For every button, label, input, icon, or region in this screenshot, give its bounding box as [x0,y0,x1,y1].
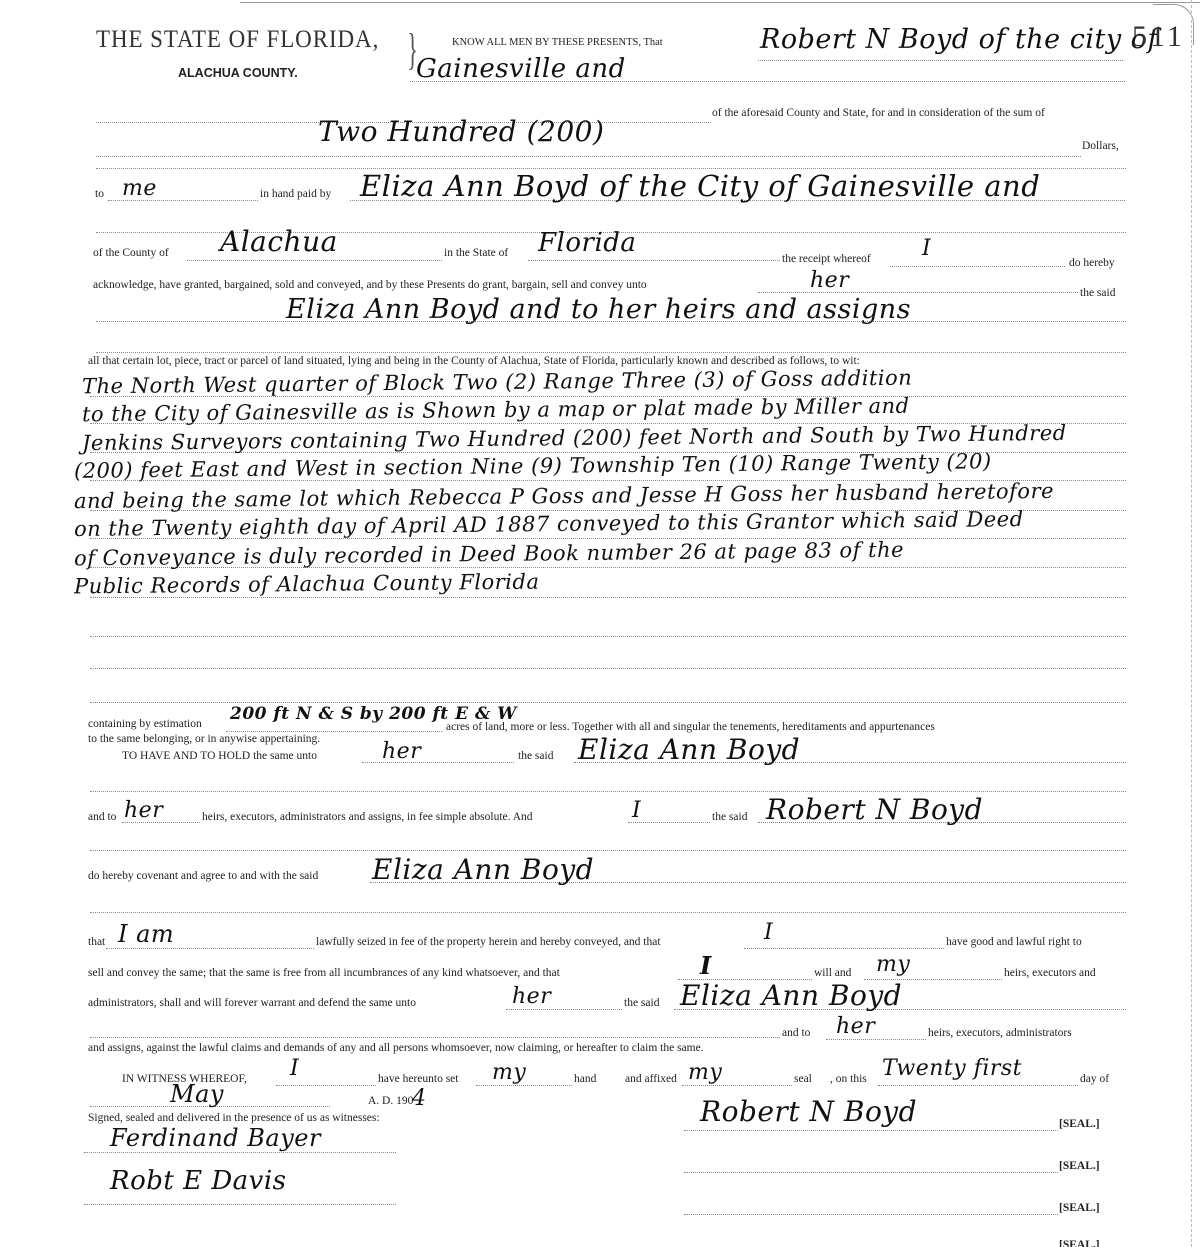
dollars-label: Dollars, [1082,141,1119,153]
description-line-8: Public Records of Alachua County Florida [74,572,540,598]
the-said-label: the said [1080,288,1115,300]
affixed-text: and affixed [625,1074,677,1086]
blank-line [90,702,1126,703]
signed-text: Signed, sealed and delivered in the pres… [88,1113,380,1125]
description-line-2: to the City of Gainesville as is Shown b… [82,396,910,426]
set-line [476,1085,572,1086]
admin-text: administrators, shall and will forever w… [88,998,416,1010]
right-text: have good and lawful right to [946,937,1082,949]
hand-text: hand [574,1074,596,1086]
heirs-admin-text: heirs, executors, administrators [928,1028,1072,1040]
aforesaid-text: of the aforesaid County and State, for a… [712,108,1045,120]
habendum-said2-value: Robert N Boyd [766,796,983,824]
day-of-text: day of [1080,1074,1109,1086]
witness-signature-2: Robt E Davis [110,1168,287,1194]
paid-by-label: in hand paid by [260,189,331,201]
sell-text: sell and convey the same; that the same … [88,968,560,980]
county-line [187,260,442,261]
covenant-said-label: the said [624,998,659,1010]
sell-value: I [700,954,712,978]
and-to-label: and to [88,812,116,824]
covenant-and-to-value: her [836,1016,875,1038]
seal-line-3 [684,1214,1058,1215]
blank-line [90,1037,780,1038]
estimation-label: containing by estimation [88,719,202,731]
covenant-value: Eliza Ann Boyd [372,856,594,884]
and-to-value: her [124,800,163,822]
paid-by-value: Eliza Ann Boyd of the City of Gainesvill… [360,172,1040,201]
set-text: have hereunto set [378,1074,458,1086]
will-value: my [876,954,910,976]
unto-value: her [810,270,849,292]
witness-line-2 [84,1204,396,1205]
state-title: THE STATE OF FLORIDA, [96,26,379,54]
set-value: my [492,1062,526,1084]
blank-line [96,352,1126,353]
description-line-1: The North West quarter of Block Two (2) … [82,368,912,398]
grantor-signature: Robert N Boyd [700,1098,917,1126]
heirs-exec-text: heirs, executors and [1004,968,1096,980]
seal-label-4: [SEAL.] [1059,1240,1100,1247]
ad-text: A. D. 190 [368,1096,413,1108]
seal-line-2 [684,1172,1058,1173]
description-line-7: of Conveyance is duly recorded in Deed B… [74,540,904,570]
will-and-text: will and [814,968,851,980]
description-line-4: (200) feet East and West in section Nine… [74,451,992,482]
appertaining-text: to the same belonging, or in anywise app… [88,734,320,746]
day-value: Twenty first [882,1058,1022,1080]
description-line-6: on the Twenty eighth day of April AD 188… [74,509,1024,540]
witness-line-1 [84,1152,396,1153]
that-line [106,948,314,949]
seal-label-3: [SEAL.] [1059,1203,1100,1215]
seized-text: lawfully seized in fee of the property h… [316,937,661,949]
habendum-label: TO HAVE AND TO HOLD the same unto [122,751,317,763]
desc-line [90,597,1126,598]
grantor-city: Gainesville and [416,56,626,82]
sum-line [96,156,1081,157]
desc-line [90,668,1126,669]
sum-written: Two Hundred (200) [318,118,604,146]
day-line [878,1085,1078,1086]
grantor-line-1 [758,60,1123,61]
receipt-line [890,266,1065,267]
month-value: May [170,1082,224,1106]
habendum-said-value: Eliza Ann Boyd [578,736,800,764]
seal-label-1: [SEAL.] [1059,1119,1100,1131]
receipt-label: the receipt whereof [782,254,871,266]
to-label: to [95,189,104,201]
to-value: me [122,178,157,200]
page-right-edge [1190,0,1192,1247]
do-hereby: do hereby [1069,258,1115,270]
covenant-and-to-line [826,1039,926,1040]
that-value: I am [118,922,174,946]
county-label: of the County of [93,248,169,260]
county-title: ALACHUA COUNTY. [178,66,298,80]
desc-line [90,636,1126,637]
seized-line [744,948,944,949]
claims-text: and assigns, against the lawful claims a… [88,1043,704,1055]
seized-value: I [764,922,773,944]
blank-line [90,791,1126,792]
seal-text: seal [794,1074,812,1086]
witness-who-value: I [290,1058,299,1080]
blank-line [90,850,1126,851]
state-value: Florida [538,230,636,256]
covenant-said-value: Eliza Ann Boyd [680,982,902,1010]
witness-signature-1: Ferdinand Bayer [110,1126,321,1150]
land-intro: all that certain lot, piece, tract or pa… [88,356,860,368]
unto-line [758,292,1078,293]
that-label: that [88,937,105,949]
admin-value: her [512,986,551,1008]
and-value: I [632,800,641,822]
county-value: Alachua [220,228,338,256]
witness-who-line [276,1085,376,1086]
know-all-men-text: KNOW ALL MEN BY THESE PRESENTS, That [452,38,663,49]
affixed-line [682,1085,792,1086]
affixed-value: my [688,1062,722,1084]
grantor-name: Robert N Boyd of the city of [760,26,1158,53]
on-this-text: , on this [830,1074,867,1086]
year-digit: 4 [412,1088,427,1110]
covenant-label: do hereby covenant and agree to and with… [88,871,318,883]
receipt-value: I [922,238,931,260]
admin-line [506,1009,622,1010]
covenant-and-to: and to [782,1028,810,1040]
state-line [528,260,780,261]
seal-label-2: [SEAL.] [1059,1161,1100,1173]
estimation-after: acres of land, more or less. Together wi… [446,722,935,734]
habendum-said-label: the said [518,751,553,763]
page-number: 511 [1132,20,1185,54]
acknowledge-text: acknowledge, have granted, bargained, so… [93,280,647,292]
state-label: in the State of [444,248,508,260]
blank-line [90,912,1126,913]
habendum-unto-value: her [382,741,421,763]
habendum-said2-label: the said [712,812,747,824]
estimation-line [226,731,442,732]
seal-line-1 [684,1130,1058,1131]
grantee-value: Eliza Ann Boyd and to her heirs and assi… [286,296,911,323]
page-top-border [240,2,1200,3]
fee-simple-text: heirs, executors, administrators and ass… [202,812,533,824]
